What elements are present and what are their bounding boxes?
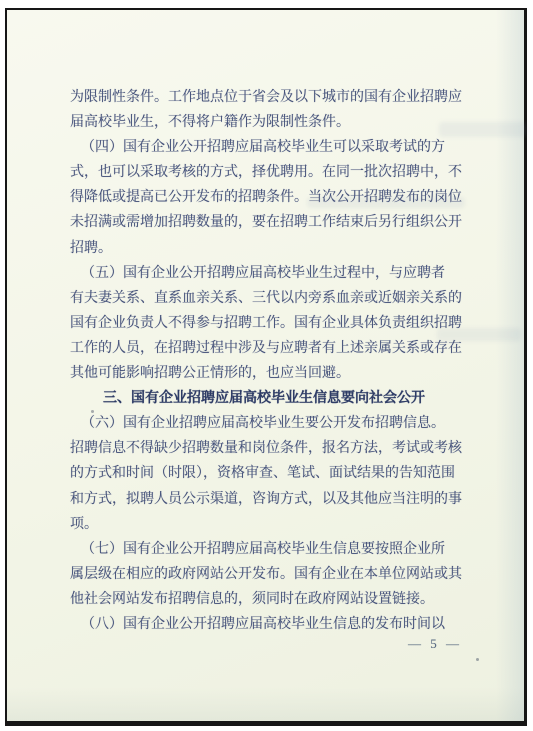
- document-text-line: 国有企业负责人不得参与招聘工作。国有企业具体负责组织招聘: [70, 311, 466, 336]
- document-text-line: 属层级在相应的政府网站公开发布。国有企业在本单位网站或其: [70, 562, 466, 587]
- document-text-line: （八）国有企业公开招聘应届高校毕业生信息的发布时间以: [70, 612, 466, 637]
- document-text-line: 得降低或提高已公开发布的招聘条件。当次公开招聘发布的岗位: [70, 185, 466, 210]
- document-text-line: （七）国有企业公开招聘应届高校毕业生信息要按照企业所: [70, 537, 466, 562]
- text-block: 为限制性条件。工作地点位于省会及以下城市的国有企业招聘应届高校毕业生，不得将户籍…: [70, 85, 466, 637]
- document-text-line: 工作的人员，在招聘过程中涉及与应聘者有上述亲属关系或存在: [70, 336, 466, 361]
- document-text-line: （四）国有企业公开招聘应届高校毕业生可以采取考试的方: [70, 135, 466, 160]
- document-text-line: 和方式，拟聘人员公示渠道，咨询方式，以及其他应当注明的事: [70, 487, 466, 512]
- document-text-line: 项。: [70, 512, 466, 537]
- document-text-line: 他社会网站发布招聘信息的，须同时在政府网站设置链接。: [70, 587, 466, 612]
- document-text-line: （五）国有企业公开招聘应届高校毕业生过程中，与应聘者: [70, 261, 466, 286]
- page-number: — 5 —: [70, 636, 462, 652]
- document-text-line: 其他可能影响招聘公正情形的，也应当回避。: [70, 361, 466, 386]
- document-text-line: 有夫妻关系、直系血亲关系、三代以内旁系血亲或近姻亲关系的: [70, 286, 466, 311]
- document-text-line: 招聘信息不得缺少招聘数量和岗位条件，报名方法，考试或考核: [70, 436, 466, 461]
- document-text-line: 未招满或需增加招聘数量的，要在招聘工作结束后另行组织公开: [70, 210, 466, 235]
- section-heading: 三、国有企业招聘应届高校毕业生信息要向社会公开: [70, 386, 466, 411]
- document-text-line: 招聘。: [70, 236, 466, 261]
- scanned-document-page: { "colors": { "paper": "#f3f5e7", "text"…: [0, 0, 533, 731]
- scan-speck: [476, 658, 479, 661]
- document-text-line: 为限制性条件。工作地点位于省会及以下城市的国有企业招聘应: [70, 85, 466, 110]
- document-text-line: 式，也可以采取考核的方式，择优聘用。在同一批次招聘中，不: [70, 160, 466, 185]
- document-text-line: （六）国有企业招聘应届高校毕业生要公开发布招聘信息。: [70, 411, 466, 436]
- document-text-line: 的方式和时间（时限），资格审查、笔试、面试结果的告知范围: [70, 461, 466, 486]
- document-text-line: 届高校毕业生，不得将户籍作为限制性条件。: [70, 110, 466, 135]
